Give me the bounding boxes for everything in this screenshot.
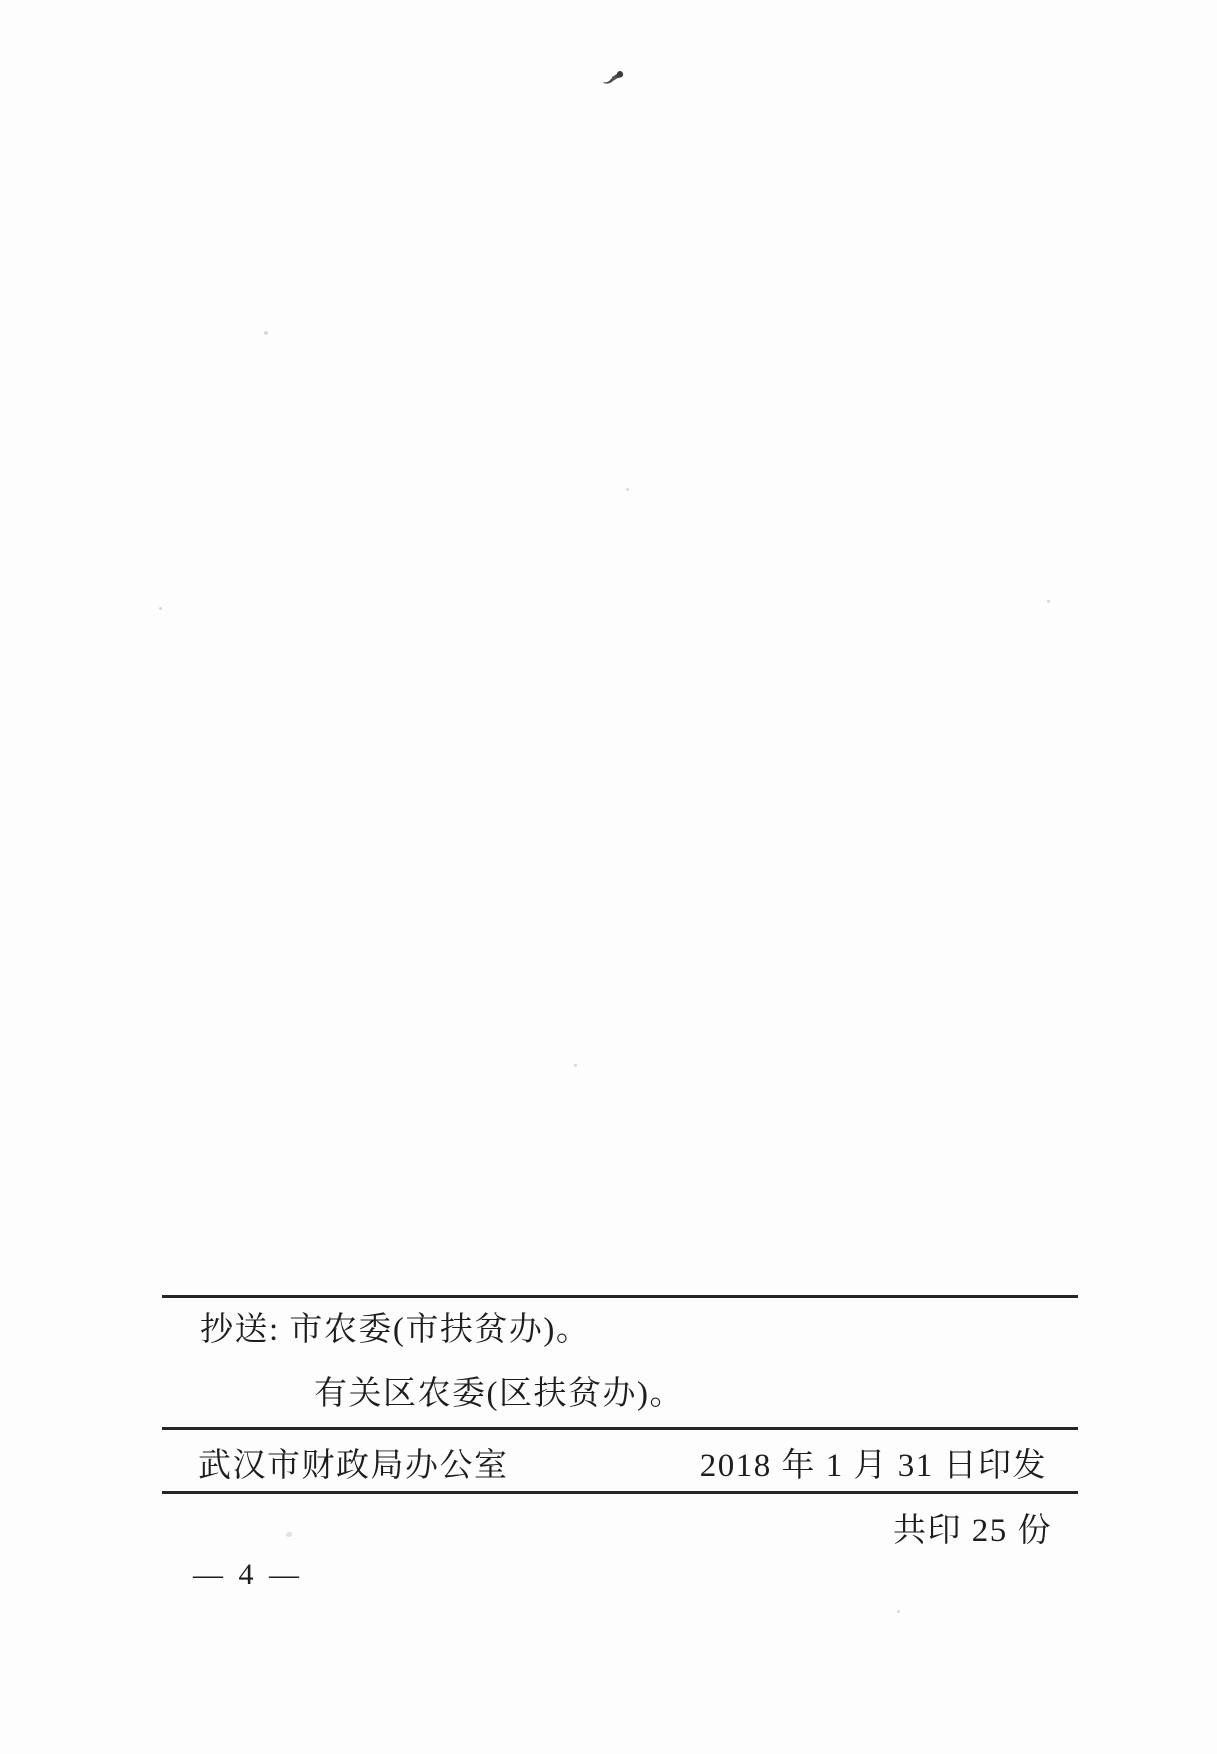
issuing-office: 武汉市财政局办公室: [198, 1446, 509, 1486]
print-date: 2018 年 1 月 31 日印发: [700, 1446, 1047, 1486]
cc-recipient-line-1: 抄送: 市农委(市扶贫办)。: [200, 1310, 590, 1350]
cc-recipient-line-2: 有关区农委(区扶贫办)。: [314, 1374, 684, 1414]
scan-artifact-dot: [264, 331, 268, 335]
document-page: 抄送: 市农委(市扶贫办)。 有关区农委(区扶贫办)。 武汉市财政局办公室 20…: [0, 0, 1217, 1754]
cc-separator-bottom: [162, 1427, 1078, 1430]
scan-artifact-dot: [574, 1064, 577, 1067]
footer-separator: [162, 1491, 1078, 1494]
ink-speck: [600, 66, 628, 88]
cc-separator-top: [162, 1295, 1078, 1298]
scan-artifact-dot: [159, 607, 162, 610]
scan-artifact-dot: [1047, 600, 1050, 603]
copies-count: 共印 25 份: [893, 1511, 1052, 1551]
scan-artifact-dot: [286, 1532, 292, 1537]
scan-artifact-dot: [897, 1610, 900, 1613]
scan-artifact-dot: [626, 488, 629, 491]
page-number: — 4 —: [193, 1558, 303, 1592]
